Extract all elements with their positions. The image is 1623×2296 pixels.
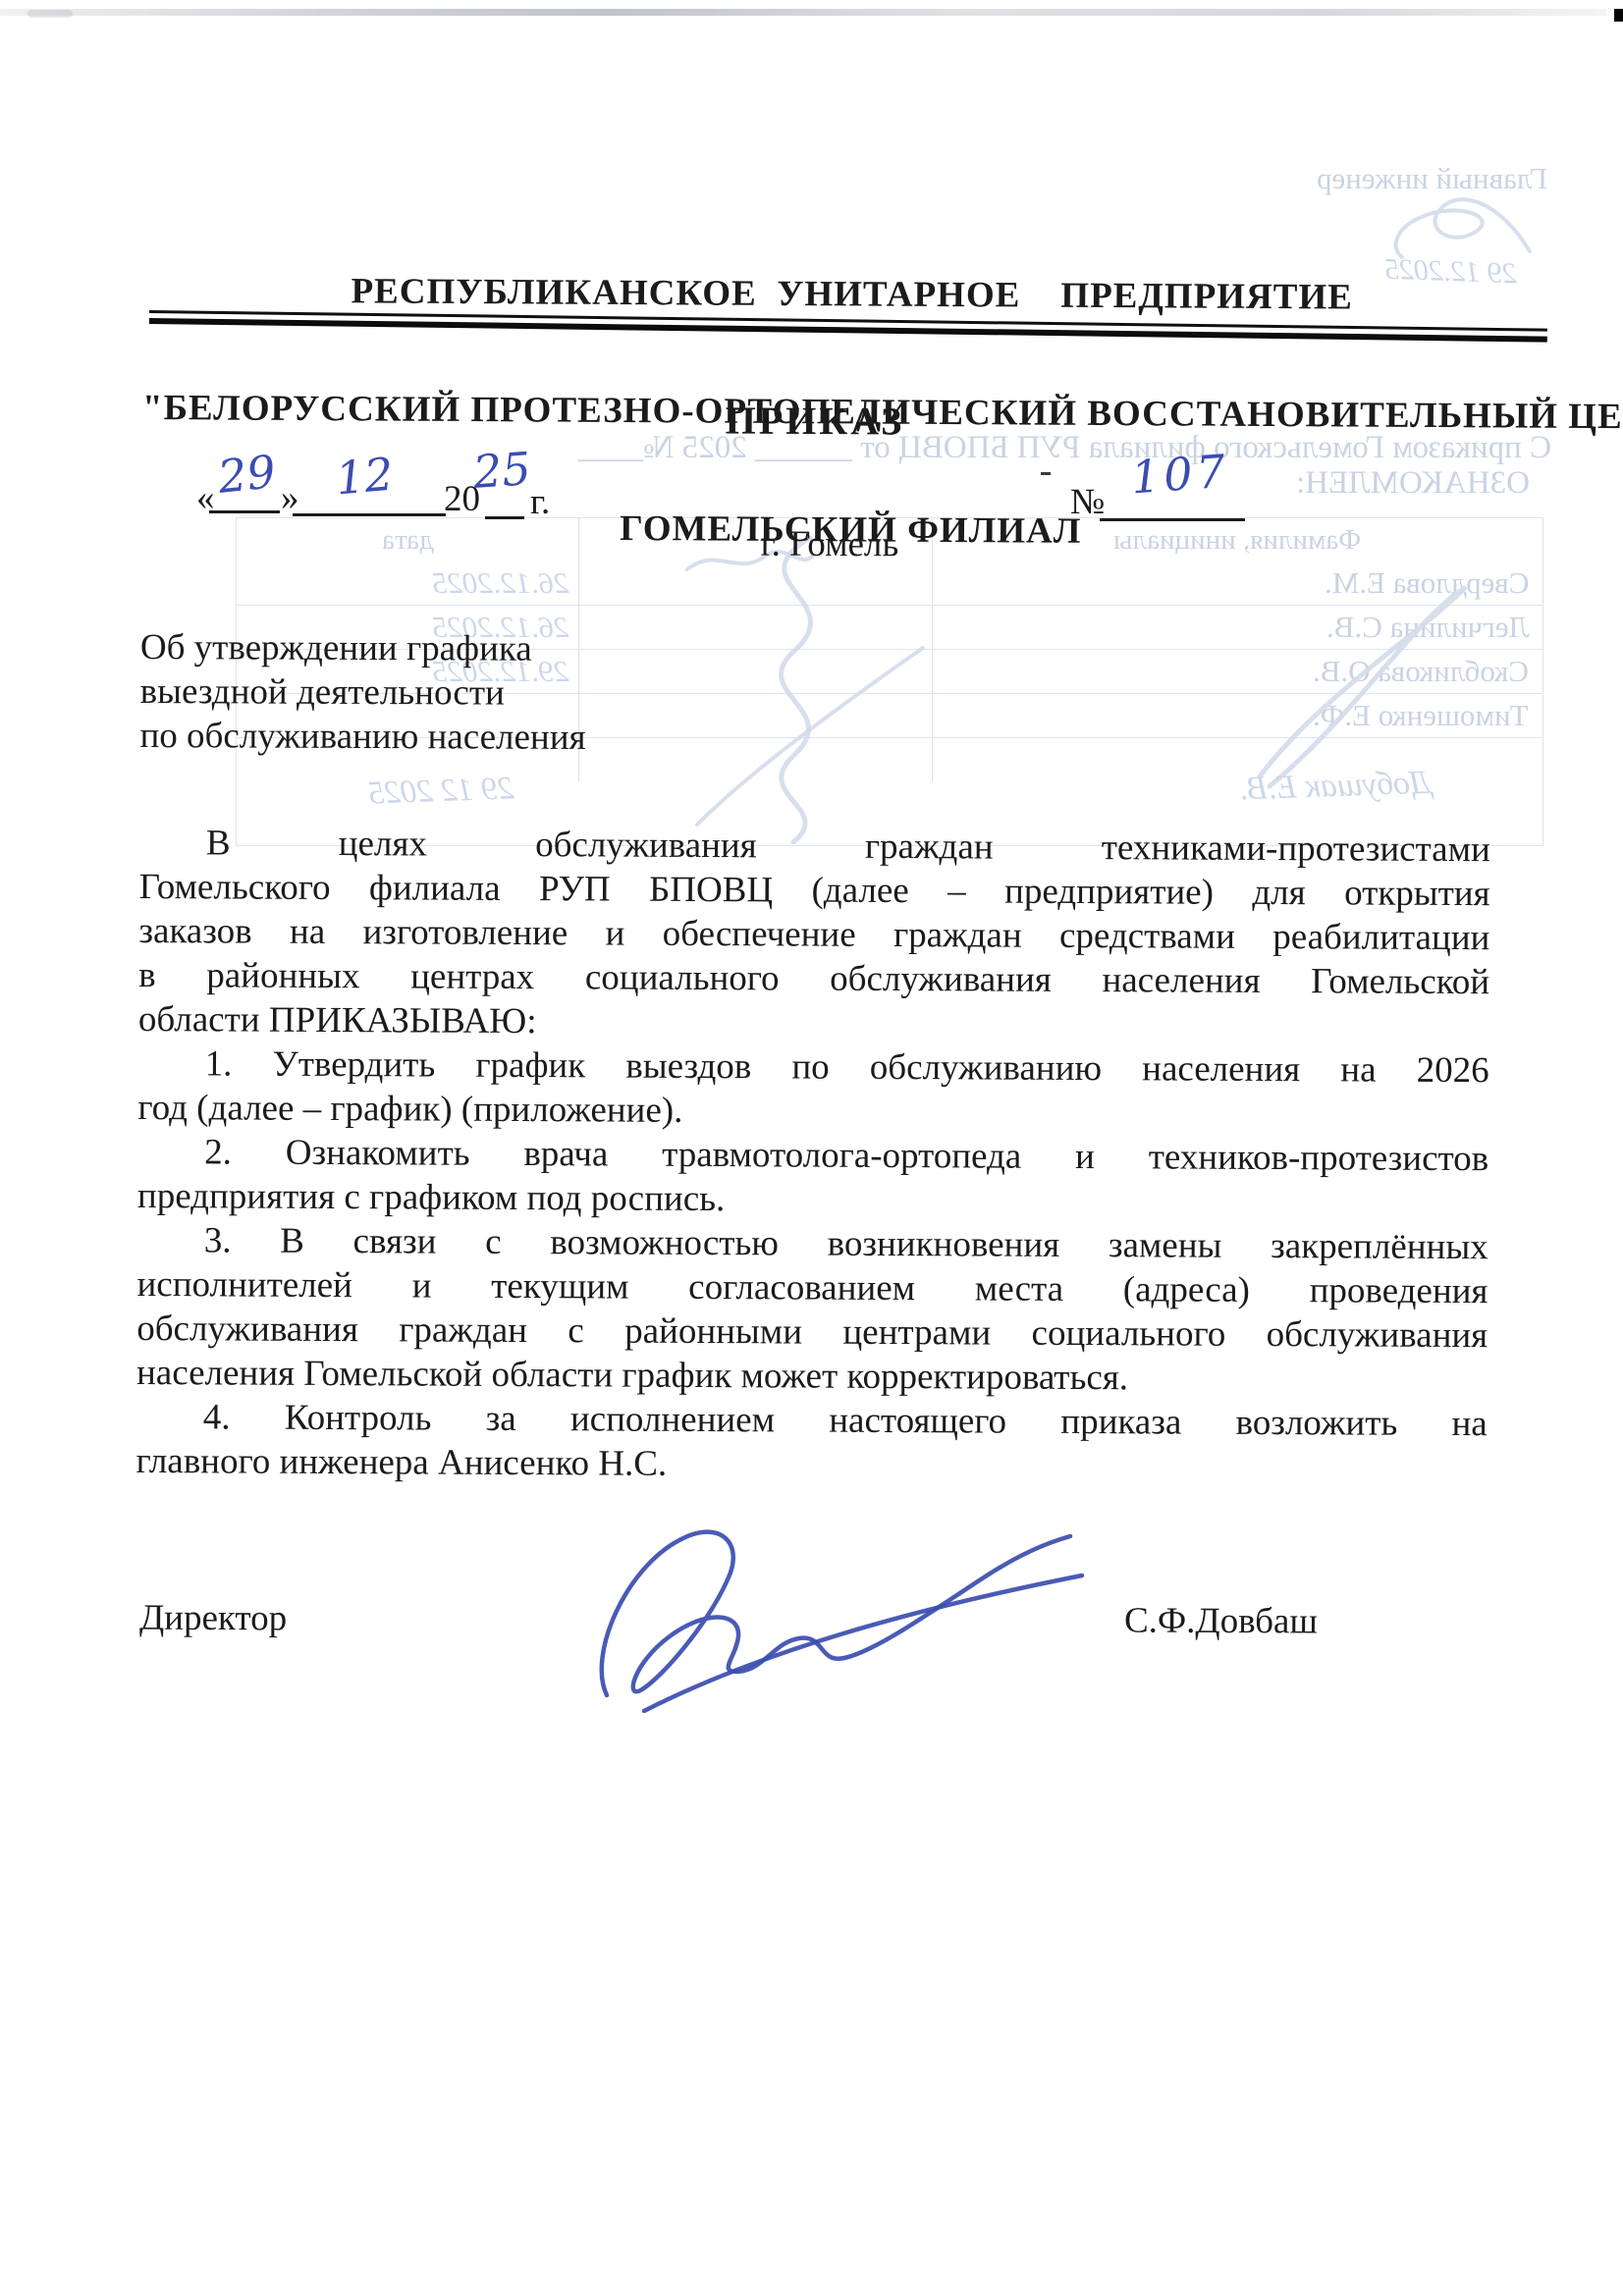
body-line: 2. Ознакомить врача травмотолога-ортопед… — [137, 1130, 1488, 1181]
subject-line2: выездной деятельности — [140, 669, 586, 716]
scanner-edge-streak — [0, 9, 1606, 16]
body-line: исполнителей и текущим согласованием мес… — [136, 1262, 1488, 1313]
date-year-handwritten: 25 — [471, 442, 532, 499]
body-line: в районных центрах социального обслужива… — [138, 953, 1489, 1004]
body-text: В целях обслуживания граждан техниками-п… — [135, 821, 1490, 1490]
scan-smudge — [27, 10, 73, 18]
ghost-handwritten-name: Добушак Е.В. — [1238, 765, 1432, 809]
director-signature — [579, 1517, 1090, 1713]
subject-block: Об утверждении графика выездной деятельн… — [139, 625, 586, 760]
letterhead-line1: РЕСПУБЛИКАНСКОЕ УНИТАРНОЕ ПРЕДПРИЯТИЕ — [143, 271, 1561, 319]
number-value-handwritten: 107 — [1129, 445, 1230, 505]
date-day-underline — [209, 510, 280, 513]
body-line: 3. В связи с возможностью возникновения … — [137, 1218, 1488, 1269]
body-line: заказов на изготовление и обеспечение гр… — [138, 909, 1489, 960]
subject-line3: по обслуживанию населения — [139, 714, 585, 760]
scan-corner-mark — [1614, 9, 1623, 22]
signer-name: С.Ф.Довбаш — [1124, 1599, 1318, 1642]
ghost-handwritten-date-text: 29 12 2025 — [367, 771, 514, 812]
number-label: № — [1070, 481, 1105, 523]
ghost-handwritten-name-text: Добушак Е.В. — [1238, 765, 1432, 809]
date-month-underline — [293, 513, 446, 516]
date-month-handwritten: 12 — [334, 448, 396, 506]
scanned-order-page: Главный инженер 29 12.2025 С приказом Го… — [0, 0, 1623, 2296]
ghost-handwritten-date: 29 12 2025 — [367, 771, 514, 812]
order-title: ПРИКАЗ — [137, 394, 1492, 447]
body-line: В целях обслуживания граждан техниками-п… — [139, 821, 1490, 872]
date-year-underline — [485, 516, 524, 519]
body-line: области ПРИКАЗЫВАЮ: — [138, 997, 1489, 1048]
date-day-handwritten: 29 — [215, 445, 278, 504]
body-line: 1. Утвердить график выездов по обслужива… — [138, 1041, 1489, 1093]
body-line: населения Гомельской области график може… — [136, 1351, 1488, 1402]
body-line: предприятия с графиком под роспись. — [137, 1174, 1488, 1225]
body-line: год (далее – график) (приложение). — [137, 1086, 1488, 1137]
city-line: г. Гомель — [137, 519, 1522, 568]
body-line: главного инженера Анисенко Н.С. — [135, 1439, 1487, 1490]
body-line: 4. Контроль за исполнением настоящего пр… — [136, 1395, 1488, 1446]
signer-role: Директор — [139, 1597, 287, 1640]
stray-dash — [1041, 472, 1051, 475]
body-line: обслуживания граждан с районными центрам… — [136, 1307, 1488, 1358]
subject-line1: Об утверждении графика — [140, 625, 586, 671]
number-underline — [1100, 518, 1245, 521]
date-year-suffix: г. — [530, 481, 550, 523]
body-line: Гомельского филиала РУП БПОВЦ (далее – п… — [139, 865, 1490, 916]
